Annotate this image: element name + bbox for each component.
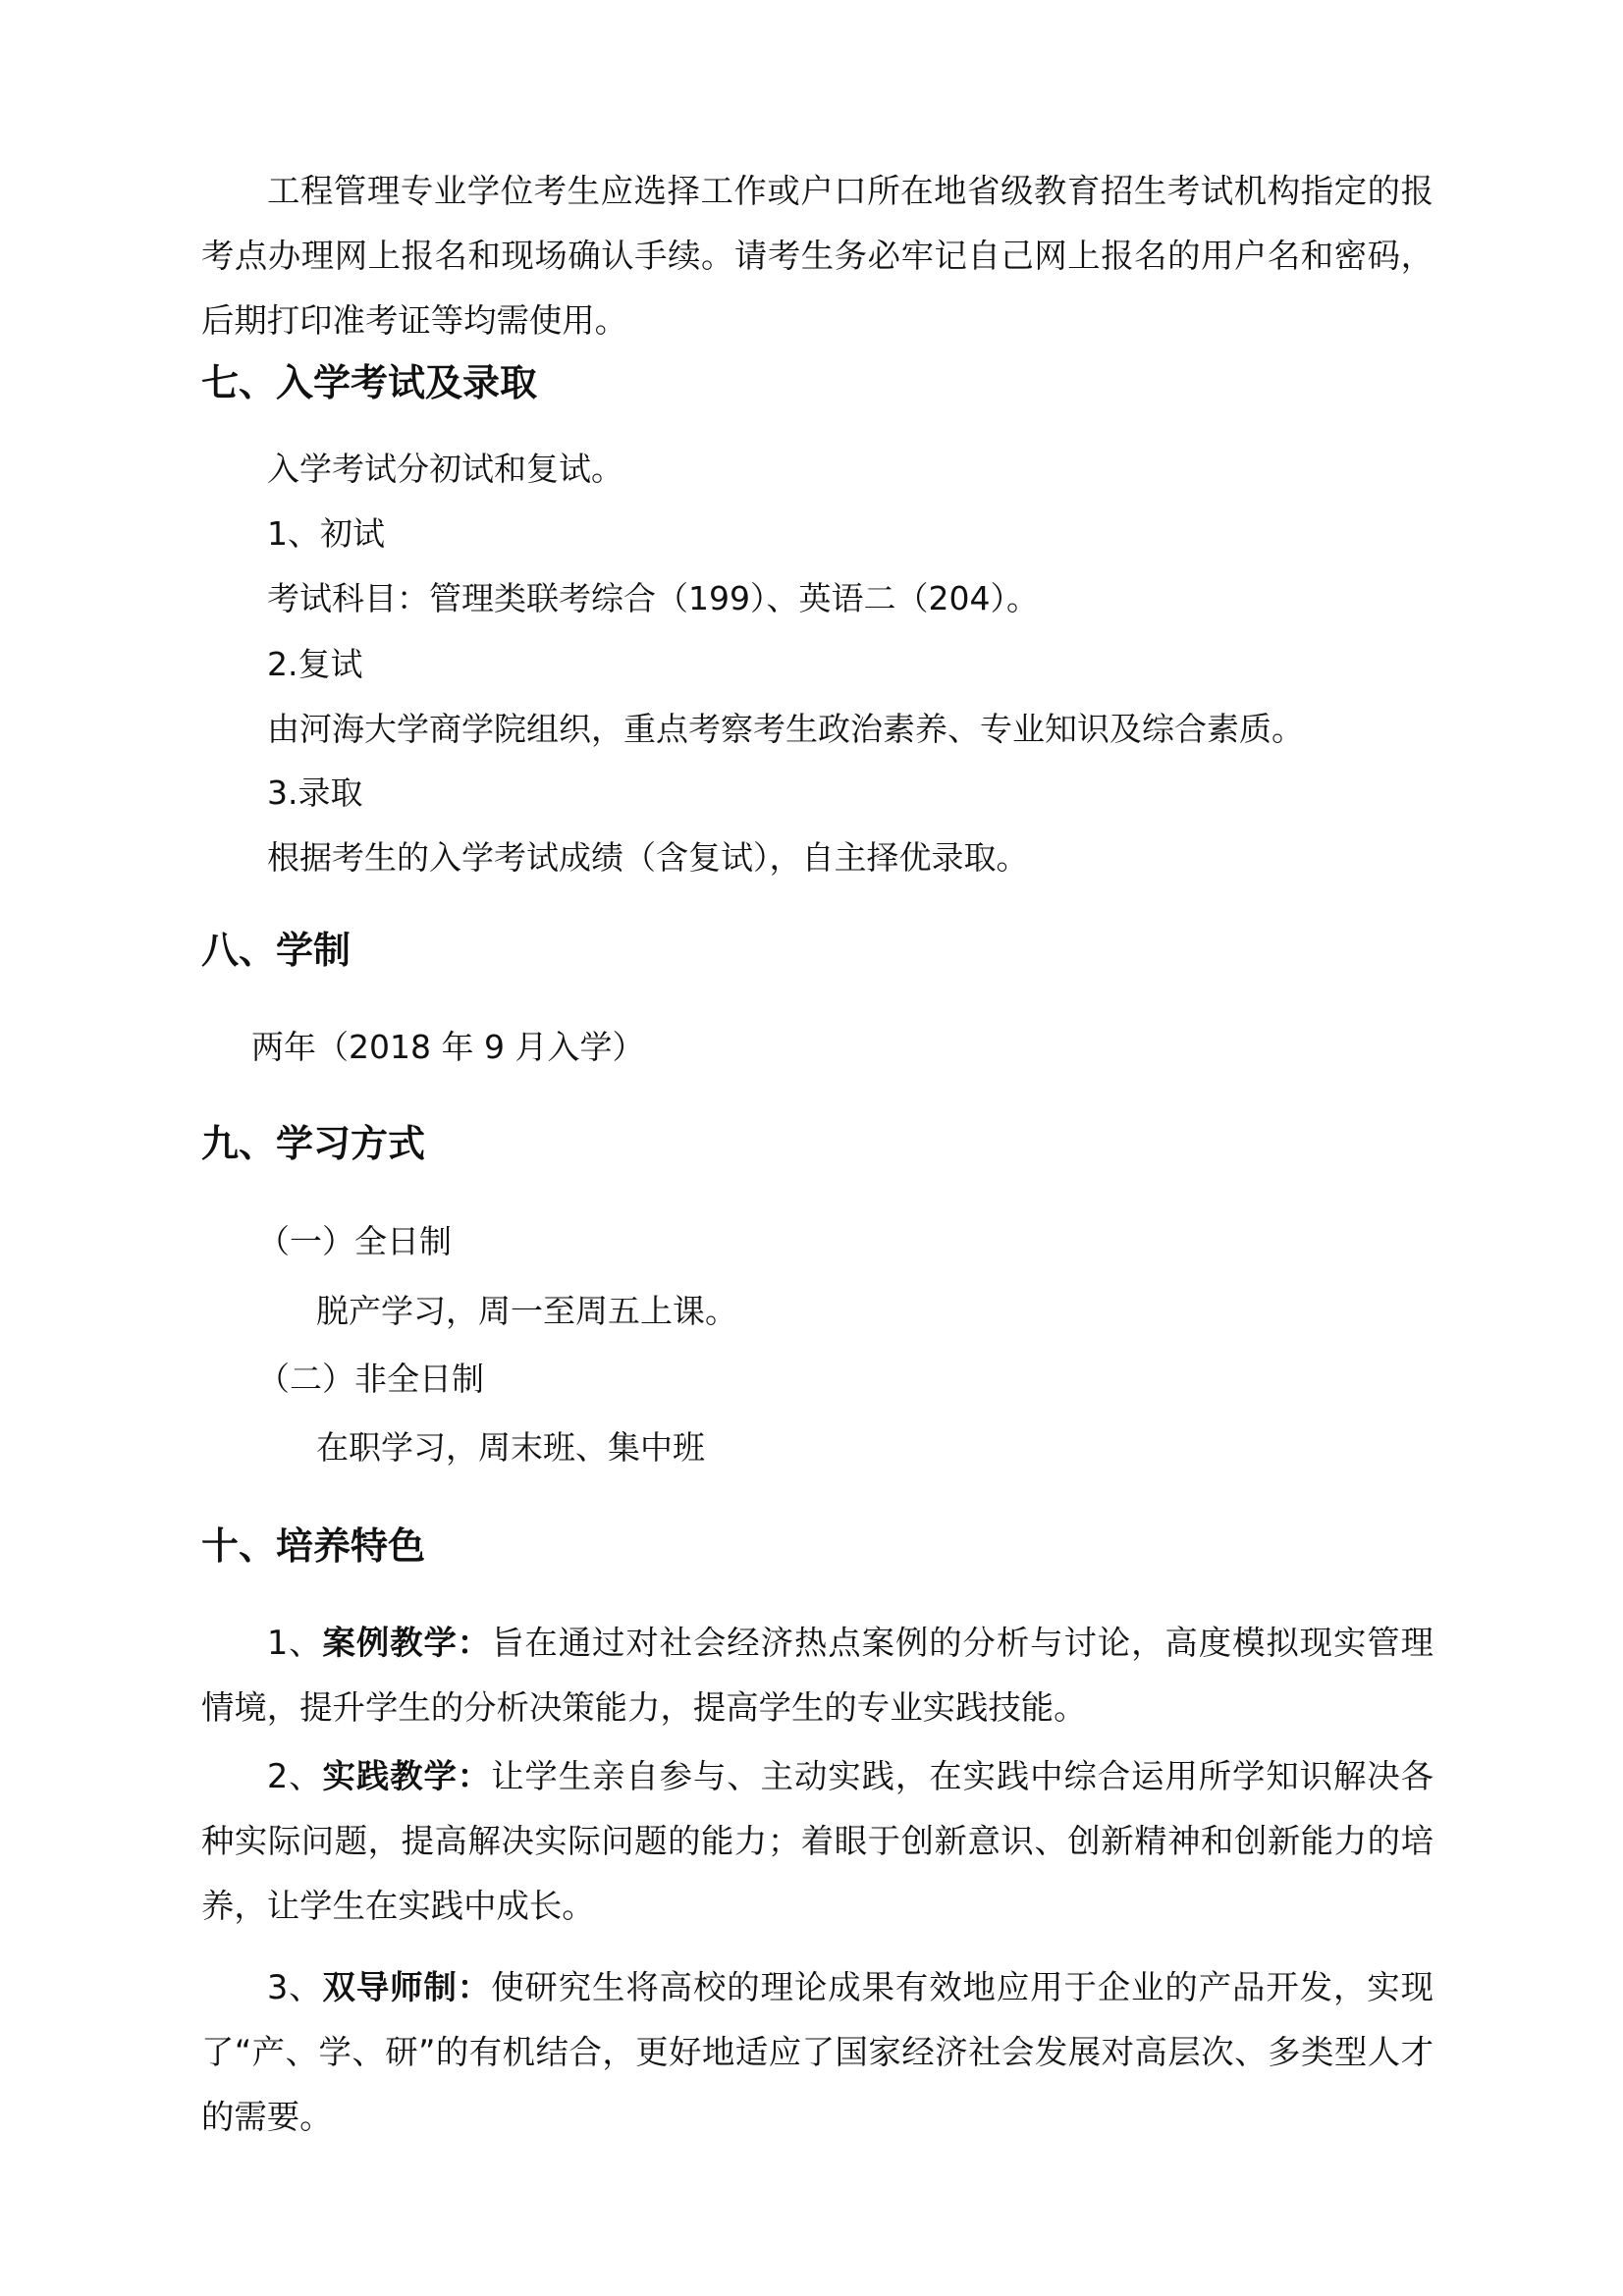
feature-item-case-teaching: 1、案例教学：旨在通过对社会经济热点案例的分析与讨论，高度模拟现实管理情境，提升… xyxy=(201,1611,1434,1740)
subsection-preliminary-exam-text: 考试科目：管理类联考综合（199）、英语二（204）。 xyxy=(267,579,1039,618)
part-time-title: （二）非全日制 xyxy=(257,1360,484,1399)
feature-item-dual-mentor: 3、双导师制：使研究生将高校的理论成果有效地应用于企业的产品开发，实现了“产、学… xyxy=(201,1955,1434,2150)
section-8-text: 两年（2018 年 9 月入学） xyxy=(251,1028,644,1067)
section-8-heading: 八、学制 xyxy=(201,928,351,973)
section-9-heading: 九、学习方式 xyxy=(201,1121,425,1166)
feature-item-practice-teaching: 2、实践教学：让学生亲自参与、主动实践，在实践中综合运用所学知识解决各种实际问题… xyxy=(201,1744,1434,1939)
subsection-preliminary-exam-title: 1、初试 xyxy=(267,514,385,554)
feature-label: 实践教学： xyxy=(323,1757,492,1795)
section-7-heading: 七、入学考试及录取 xyxy=(201,360,537,405)
full-time-title: （一）全日制 xyxy=(257,1222,452,1261)
subsection-admission-text: 根据考生的入学考试成绩（含复试），自主择优录取。 xyxy=(267,838,1029,878)
subsection-admission-title: 3.录取 xyxy=(267,774,363,813)
section-7-intro: 入学考试分初试和复试。 xyxy=(267,450,623,489)
feature-label: 案例教学： xyxy=(323,1624,492,1662)
section-10-heading: 十、培养特色 xyxy=(201,1523,425,1569)
subsection-retest-title: 2.复试 xyxy=(267,645,363,684)
intro-paragraph: 工程管理专业学位考生应选择工作或户口所在地省级教育招生考试机构指定的报考点办理网… xyxy=(201,159,1434,353)
subsection-retest-text: 由河海大学商学院组织，重点考察考生政治素养、专业知识及综合素质。 xyxy=(267,710,1304,749)
part-time-text: 在职学习，周末班、集中班 xyxy=(316,1428,705,1468)
feature-label: 双导师制： xyxy=(323,1968,492,2006)
full-time-text: 脱产学习，周一至周五上课。 xyxy=(316,1292,737,1331)
